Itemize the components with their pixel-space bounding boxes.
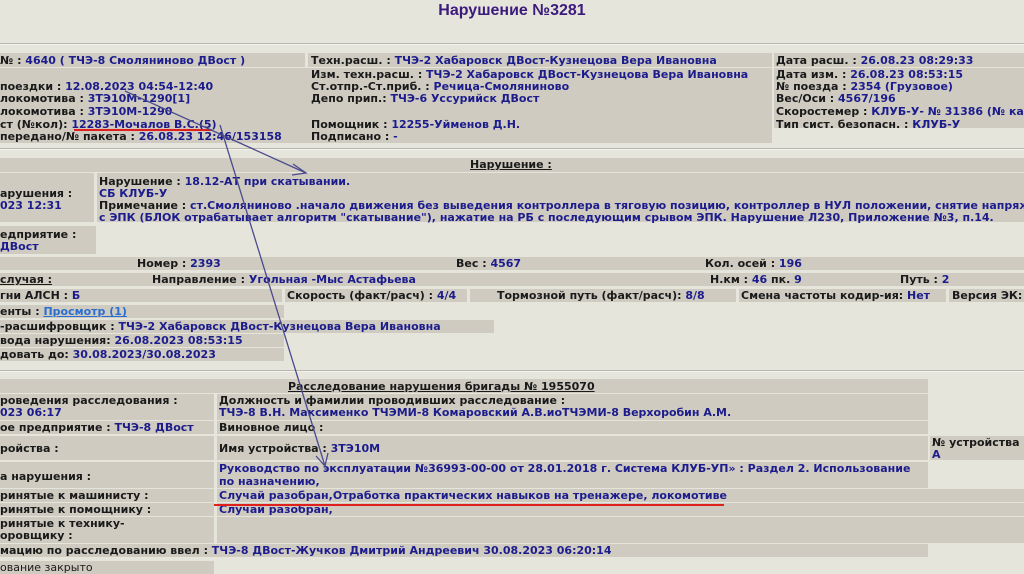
train-weight: Вес : 4567 [456, 257, 521, 270]
decoder: -расшифровщик : ТЧЭ-2 Хабаровск ДВост-Ку… [0, 320, 441, 333]
entered-by: мацию по расследованию ввел : ТЧЭ-8 ДВос… [0, 544, 611, 557]
culprit-label: Виновное лицо : [219, 421, 323, 434]
header-weight-axles: Вес/Оси : 4567/196 [776, 92, 896, 105]
direction: Направление : Угольная -Мыс Астафьева [152, 273, 416, 286]
documents: енты : Просмотр (1) [0, 305, 127, 318]
view-documents-link[interactable]: Просмотр (1) [43, 305, 127, 318]
input-date: вода нарушения: 26.08.2023 08:53:15 [0, 334, 243, 347]
device-number-label: № устройства : [932, 436, 1024, 449]
investigation-status: ование закрыто [0, 561, 93, 574]
device-name: Имя устройства : 3ТЭ10М [219, 442, 380, 455]
driver-measures-label: ринятые к машинисту : [0, 489, 149, 502]
divider [0, 43, 1024, 45]
investigators-value: ТЧЭ-8 В.Н. Максименко ТЧЭМИ-8 Комаровски… [219, 406, 731, 419]
header-decode-date: Дата расш. : 26.08.23 08:29:33 [776, 54, 973, 67]
train-number: Номер : 2393 [137, 257, 221, 270]
code-freq-change: Смена частоты кодир-ия: Нет [741, 289, 930, 302]
header-signed: Подписано : - [311, 130, 398, 143]
investigate-until: довать до: 30.08.2023/30.08.2023 [0, 348, 216, 361]
brake-distance: Тормозной путь (факт/расч): 8/8 [497, 289, 705, 302]
page-title: Нарушение №3281 [0, 2, 1024, 20]
train-axles: Кол. осей : 196 [705, 257, 802, 270]
speed: Скорость (факт/расч) : 4/4 [287, 289, 456, 302]
violation-section-title: Нарушение : [470, 158, 552, 171]
investigation-date-value: 023 06:17 [0, 406, 62, 419]
ek-version: Версия ЭК: [952, 289, 1022, 302]
device-label: ройства : [0, 442, 59, 455]
reason-line-1: Руководство по эксплуатации №36993-00-00… [219, 462, 910, 475]
responsible-enterprise: ое предприятие : ТЧЭ-8 ДВост [0, 421, 194, 434]
driver-measures-value: Случай разобран,Отработка практических н… [219, 489, 727, 502]
violation-note-line-2: с ЭПК (БЛОК отрабатывает алгоритм "скаты… [99, 211, 994, 224]
header-home-depot: Депо прип.: ТЧЭ-6 Уссурийск ДВост [311, 92, 539, 105]
tech-measures-label-2: оровщику : [0, 529, 73, 542]
header-package: передано/№ пакета : 26.08.23 12:46/15315… [0, 130, 282, 143]
violation-date-value: 023 12:31 [0, 199, 62, 212]
investigation-section-title: Расследование нарушения бригады № 195507… [288, 380, 595, 393]
header-speedometer: Скоростемер : КЛУБ-У- № 31386 (№ ка [776, 105, 1024, 118]
header-locomotive-1: локомотива : 3ТЭ10М-1290[1] [0, 92, 190, 105]
header-depot: № : 4640 ( ТЧЭ-8 Смоляниново ДВост ) [0, 54, 245, 67]
assistant-measures-label: ринятые к помощнику : [0, 503, 151, 516]
header-safety-type: Тип сист. безопасн. : КЛУБ-У [776, 118, 960, 131]
reason-label: а нарушения : [0, 470, 91, 483]
alsn-signal: гни АЛСН : Б [0, 289, 80, 302]
divider [0, 370, 1024, 372]
case-label: случая : [0, 273, 52, 286]
km-position: Н.км : 46 пк. 9 [710, 273, 802, 286]
header-locomotive-2: локомотива : 3ТЭ10М-1290 [0, 105, 172, 118]
track-number: Путь : 2 [900, 273, 949, 286]
enterprise-value: ДВост [0, 240, 39, 253]
divider [0, 148, 1024, 150]
reason-line-2: по назначению, [219, 475, 320, 488]
header-decoder: Техн.расш. : ТЧЭ-2 Хабаровск ДВост-Кузне… [311, 54, 717, 67]
assistant-measures-value: Случай разобран, [219, 503, 333, 516]
device-number-value: А [932, 448, 941, 461]
